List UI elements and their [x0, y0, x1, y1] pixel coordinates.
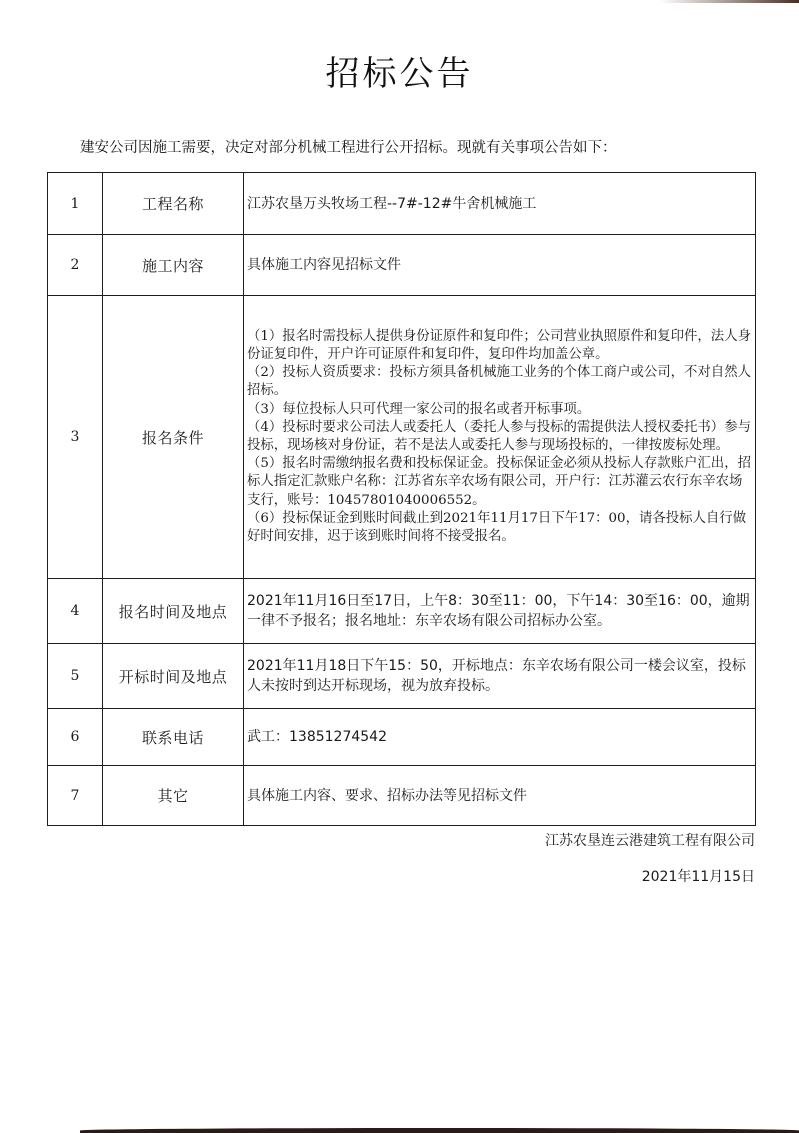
row-label: 报名条件 — [103, 296, 244, 579]
row-label: 工程名称 — [103, 173, 244, 235]
notice-table: 1 工程名称 江苏农垦万头牧场工程--7#-12#牛舍机械施工 2 施工内容 具… — [47, 172, 756, 826]
photo-edge-top — [659, 0, 799, 3]
table-row: 2 施工内容 具体施工内容见招标文件 — [48, 235, 756, 296]
row-number: 1 — [48, 173, 103, 235]
row-number: 7 — [48, 766, 103, 826]
page-title: 招标公告 — [0, 46, 799, 95]
row-label: 施工内容 — [103, 235, 244, 296]
row-label: 开标时间及地点 — [103, 644, 244, 709]
condition-item: （5）报名时需缴纳报名费和投标保证金。投标保证金必须从投标人存款账户汇出，招标人… — [247, 455, 752, 510]
row-content: 江苏农垦万头牧场工程--7#-12#牛舍机械施工 — [244, 173, 756, 235]
row-content: 2021年11月18日下午15：50，开标地点：东辛农场有限公司一楼会议室，投标… — [244, 644, 756, 709]
row-label: 其它 — [103, 766, 244, 826]
row-content: 具体施工内容、要求、招标办法等见招标文件 — [244, 766, 756, 826]
table-row: 5 开标时间及地点 2021年11月18日下午15：50，开标地点：东辛农场有限… — [48, 644, 756, 709]
row-label: 报名时间及地点 — [103, 579, 244, 644]
row-number: 3 — [48, 296, 103, 579]
condition-item: （6）投标保证金到账时间截止到2021年11月17日下午17：00，请各投标人自… — [247, 510, 752, 546]
conditions-list: （1）报名时需投标人提供身份证原件和复印件；公司营业执照原件和复印件，法人身份证… — [244, 296, 756, 579]
row-label: 联系电话 — [103, 709, 244, 766]
condition-item: （3）每位投标人只可代理一家公司的报名或者开标事项。 — [247, 401, 752, 419]
row-content: 具体施工内容见招标文件 — [244, 235, 756, 296]
table-row: 1 工程名称 江苏农垦万头牧场工程--7#-12#牛舍机械施工 — [48, 173, 756, 235]
issuer-company: 江苏农垦连云港建筑工程有限公司 — [545, 830, 755, 850]
condition-item: （4）投标时要求公司法人或委托人（委托人参与投标的需提供法人授权委托书）参与投标… — [247, 419, 752, 455]
row-content: 2021年11月16日至17日，上午8：30至11：00，下午14：30至16：… — [244, 579, 756, 644]
table-row: 6 联系电话 武工：13851274542 — [48, 709, 756, 766]
table-row: 3 报名条件 （1）报名时需投标人提供身份证原件和复印件；公司营业执照原件和复印… — [48, 296, 756, 579]
row-number: 4 — [48, 579, 103, 644]
row-number: 5 — [48, 644, 103, 709]
row-number: 6 — [48, 709, 103, 766]
row-content: 武工：13851274542 — [244, 709, 756, 766]
issue-date: 2021年11月15日 — [642, 866, 755, 886]
condition-item: （2）投标人资质要求：投标方须具备机械施工业务的个体工商户或公司，不对自然人招标… — [247, 364, 752, 400]
intro-paragraph: 建安公司因施工需要，决定对部分机械工程进行公开招标。现就有关事项公告如下： — [80, 136, 617, 157]
photo-edge-bottom — [80, 1128, 799, 1133]
table-row: 7 其它 具体施工内容、要求、招标办法等见招标文件 — [48, 766, 756, 826]
row-number: 2 — [48, 235, 103, 296]
table-row: 4 报名时间及地点 2021年11月16日至17日，上午8：30至11：00，下… — [48, 579, 756, 644]
condition-item: （1）报名时需投标人提供身份证原件和复印件；公司营业执照原件和复印件，法人身份证… — [247, 328, 752, 364]
